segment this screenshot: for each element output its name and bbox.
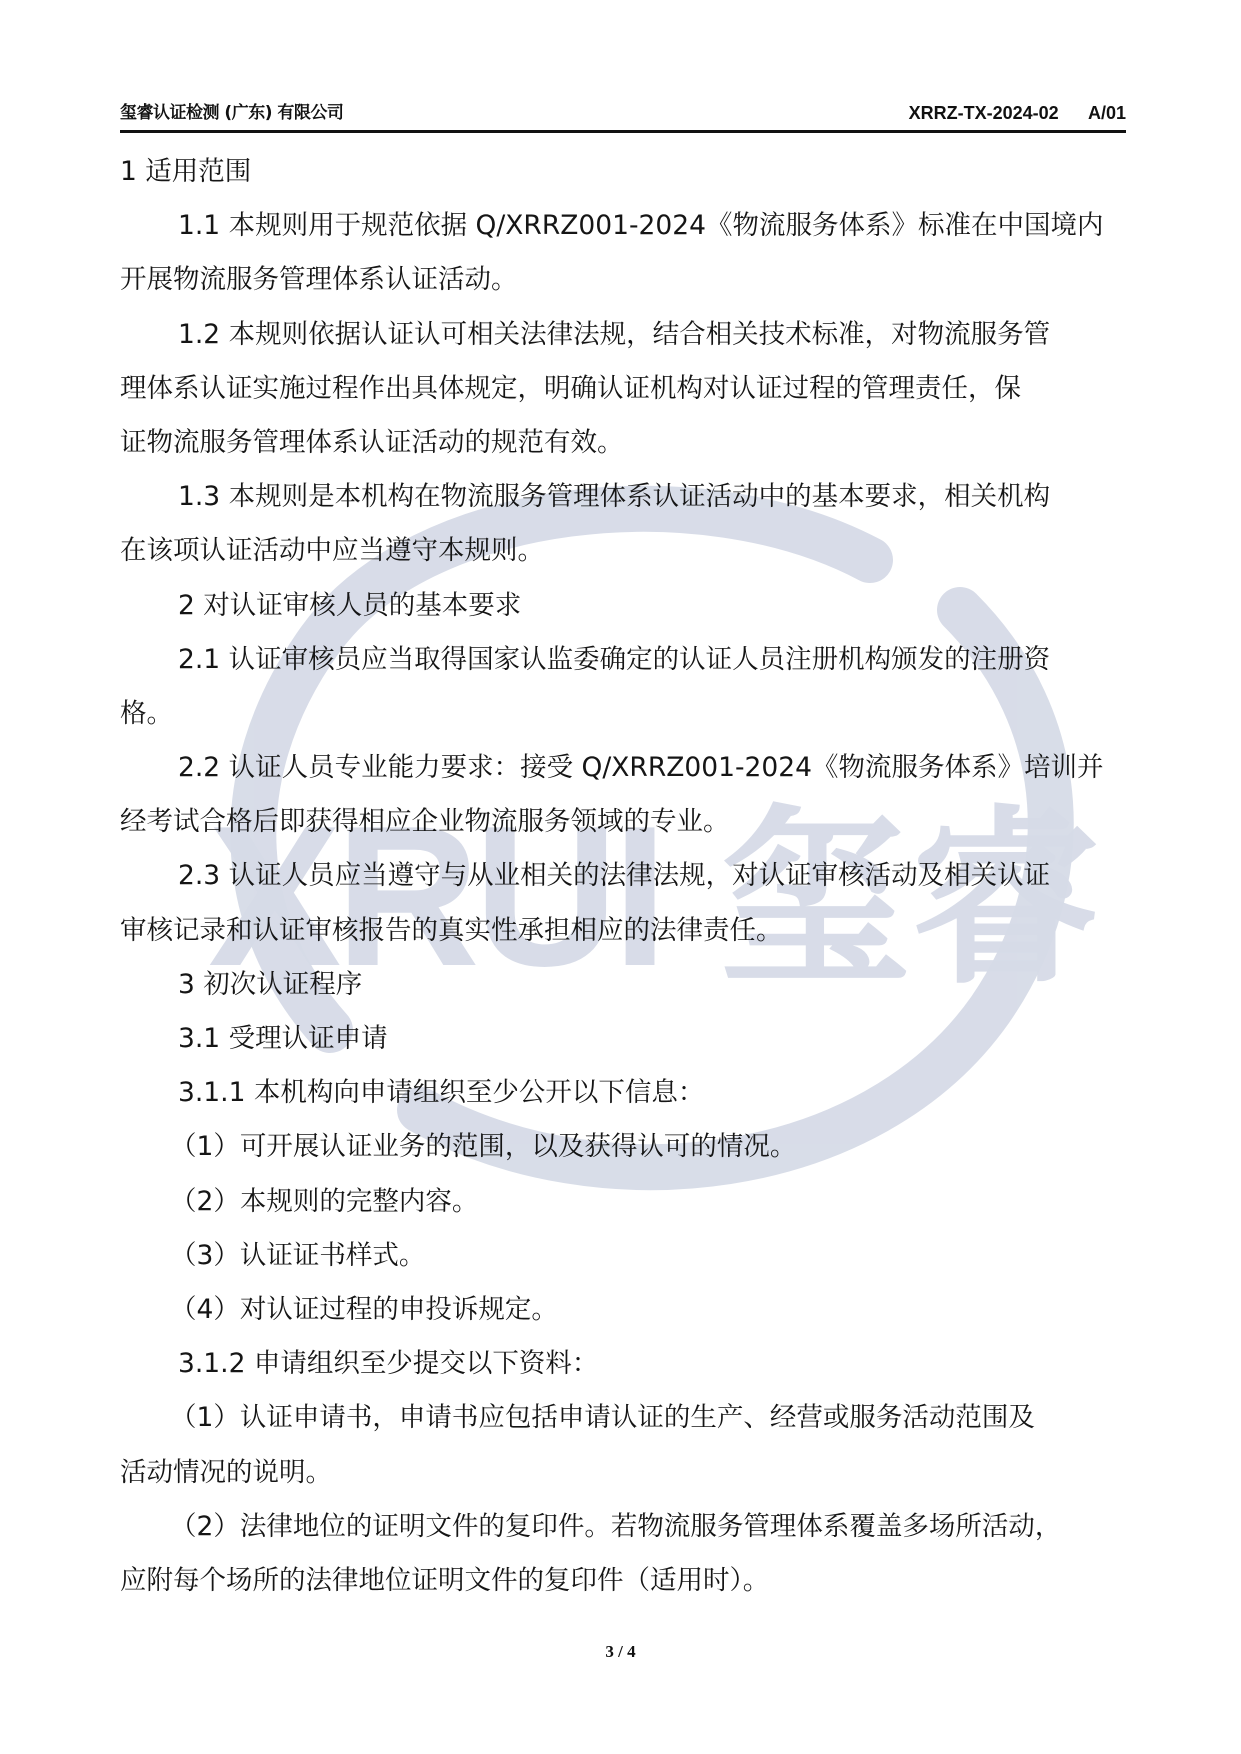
document-code: XRRZ-TX-2024-02 A/01: [909, 100, 1126, 126]
text-line: 3.1.1 本机构向申请组织至少公开以下信息：: [120, 1066, 1126, 1120]
text-line: 3 初次认证程序: [120, 958, 1126, 1012]
text-line: （4）对认证过程的申投诉规定。: [120, 1283, 1126, 1337]
doc-code: XRRZ-TX-2024-02: [909, 103, 1059, 123]
text-line: 证物流服务管理体系认证活动的规范有效。: [120, 416, 1126, 470]
text-line: （2）法律地位的证明文件的复印件。若物流服务管理体系覆盖多场所活动，: [120, 1500, 1126, 1554]
text-line: （1）认证申请书，申请书应包括申请认证的生产、经营或服务活动范围及: [120, 1391, 1126, 1445]
text-line: （2）本规则的完整内容。: [120, 1175, 1126, 1229]
text-line: 格。: [120, 687, 1126, 741]
text-line: 应附每个场所的法律地位证明文件的复印件（适用时）。: [120, 1554, 1126, 1608]
text-line: （1）可开展认证业务的范围，以及获得认可的情况。: [120, 1120, 1126, 1174]
text-line: 1.3 本规则是本机构在物流服务管理体系认证活动中的基本要求，相关机构: [120, 470, 1126, 524]
text-line: 经考试合格后即获得相应企业物流服务领域的专业。: [120, 795, 1126, 849]
text-line: 1.1 本规则用于规范依据 Q/XRRZ001-2024《物流服务体系》标准在中…: [120, 199, 1126, 253]
text-line: 理体系认证实施过程作出具体规定，明确认证机构对认证过程的管理责任，保: [120, 362, 1126, 416]
text-line: 1.2 本规则依据认证认可相关法律法规，结合相关技术标准，对物流服务管: [120, 308, 1126, 362]
revision: A/01: [1088, 103, 1126, 123]
text-line: 2 对认证审核人员的基本要求: [120, 579, 1126, 633]
company-name: 玺睿认证检测 (广东) 有限公司: [120, 100, 343, 126]
text-line: 开展物流服务管理体系认证活动。: [120, 253, 1126, 307]
header-divider: [120, 130, 1126, 133]
text-line: 审核记录和认证审核报告的真实性承担相应的法律责任。: [120, 904, 1126, 958]
text-line: 1 适用范围: [120, 145, 1126, 199]
text-line: 2.3 认证人员应当遵守与从业相关的法律法规，对认证审核活动及相关认证: [120, 849, 1126, 903]
text-line: 3.1 受理认证申请: [120, 1012, 1126, 1066]
text-line: 3.1.2 申请组织至少提交以下资料：: [120, 1337, 1126, 1391]
text-line: 活动情况的说明。: [120, 1446, 1126, 1500]
text-line: 2.2 认证人员专业能力要求：接受 Q/XRRZ001-2024《物流服务体系》…: [120, 741, 1126, 795]
text-line: 在该项认证活动中应当遵守本规则。: [120, 524, 1126, 578]
document-body: 1 适用范围1.1 本规则用于规范依据 Q/XRRZ001-2024《物流服务体…: [120, 145, 1126, 1608]
page-header: 玺睿认证检测 (广东) 有限公司 XRRZ-TX-2024-02 A/01: [120, 100, 1126, 130]
text-line: 2.1 认证审核员应当取得国家认监委确定的认证人员注册机构颁发的注册资: [120, 633, 1126, 687]
page-number: 3 / 4: [0, 1642, 1241, 1662]
text-line: （3）认证证书样式。: [120, 1229, 1126, 1283]
